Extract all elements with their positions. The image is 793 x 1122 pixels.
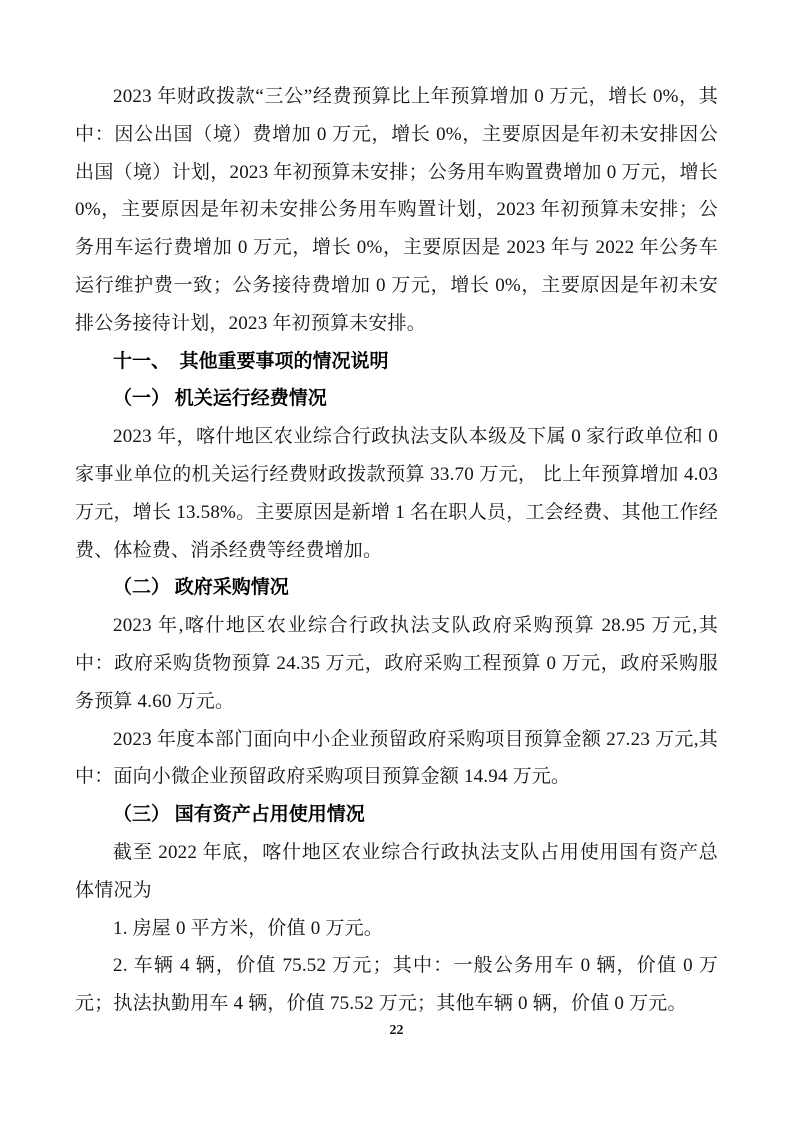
heading-section-eleven: 十一、 其他重要事项的情况说明 <box>75 343 718 381</box>
list-item-vehicles: 2. 车辆 4 辆，价值 75.52 万元；其中：一般公务用车 0 辆，价值 0… <box>75 947 718 1023</box>
paragraph-procurement-total: 2023 年,喀什地区农业综合行政执法支队政府采购预算 28.95 万元,其中：… <box>75 607 718 720</box>
page-number: 22 <box>0 1021 793 1041</box>
heading-subsection-two-government-procurement: （二） 政府采购情况 <box>75 569 718 607</box>
document-body: 2023 年财政拨款“三公”经费预算比上年预算增加 0 万元，增长 0%，其中：… <box>75 78 718 1023</box>
heading-subsection-three-state-assets: （三） 国有资产占用使用情况 <box>75 796 718 834</box>
document-page: 2023 年财政拨款“三公”经费预算比上年预算增加 0 万元，增长 0%，其中：… <box>0 0 793 1122</box>
paragraph-operating-expenses: 2023 年，喀什地区农业综合行政执法支队本级及下属 0 家行政单位和 0 家事… <box>75 418 718 569</box>
paragraph-sangong-expenses: 2023 年财政拨款“三公”经费预算比上年预算增加 0 万元，增长 0%，其中：… <box>75 78 718 343</box>
list-item-housing: 1. 房屋 0 平方米，价值 0 万元。 <box>75 910 718 948</box>
paragraph-state-assets-intro: 截至 2022 年底，喀什地区农业综合行政执法支队占用使用国有资产总体情况为 <box>75 834 718 910</box>
heading-subsection-one-agency-operating-funds: （一） 机关运行经费情况 <box>75 380 718 418</box>
paragraph-procurement-sme: 2023 年度本部门面向中小企业预留政府采购项目预算金额 27.23 万元,其中… <box>75 721 718 797</box>
